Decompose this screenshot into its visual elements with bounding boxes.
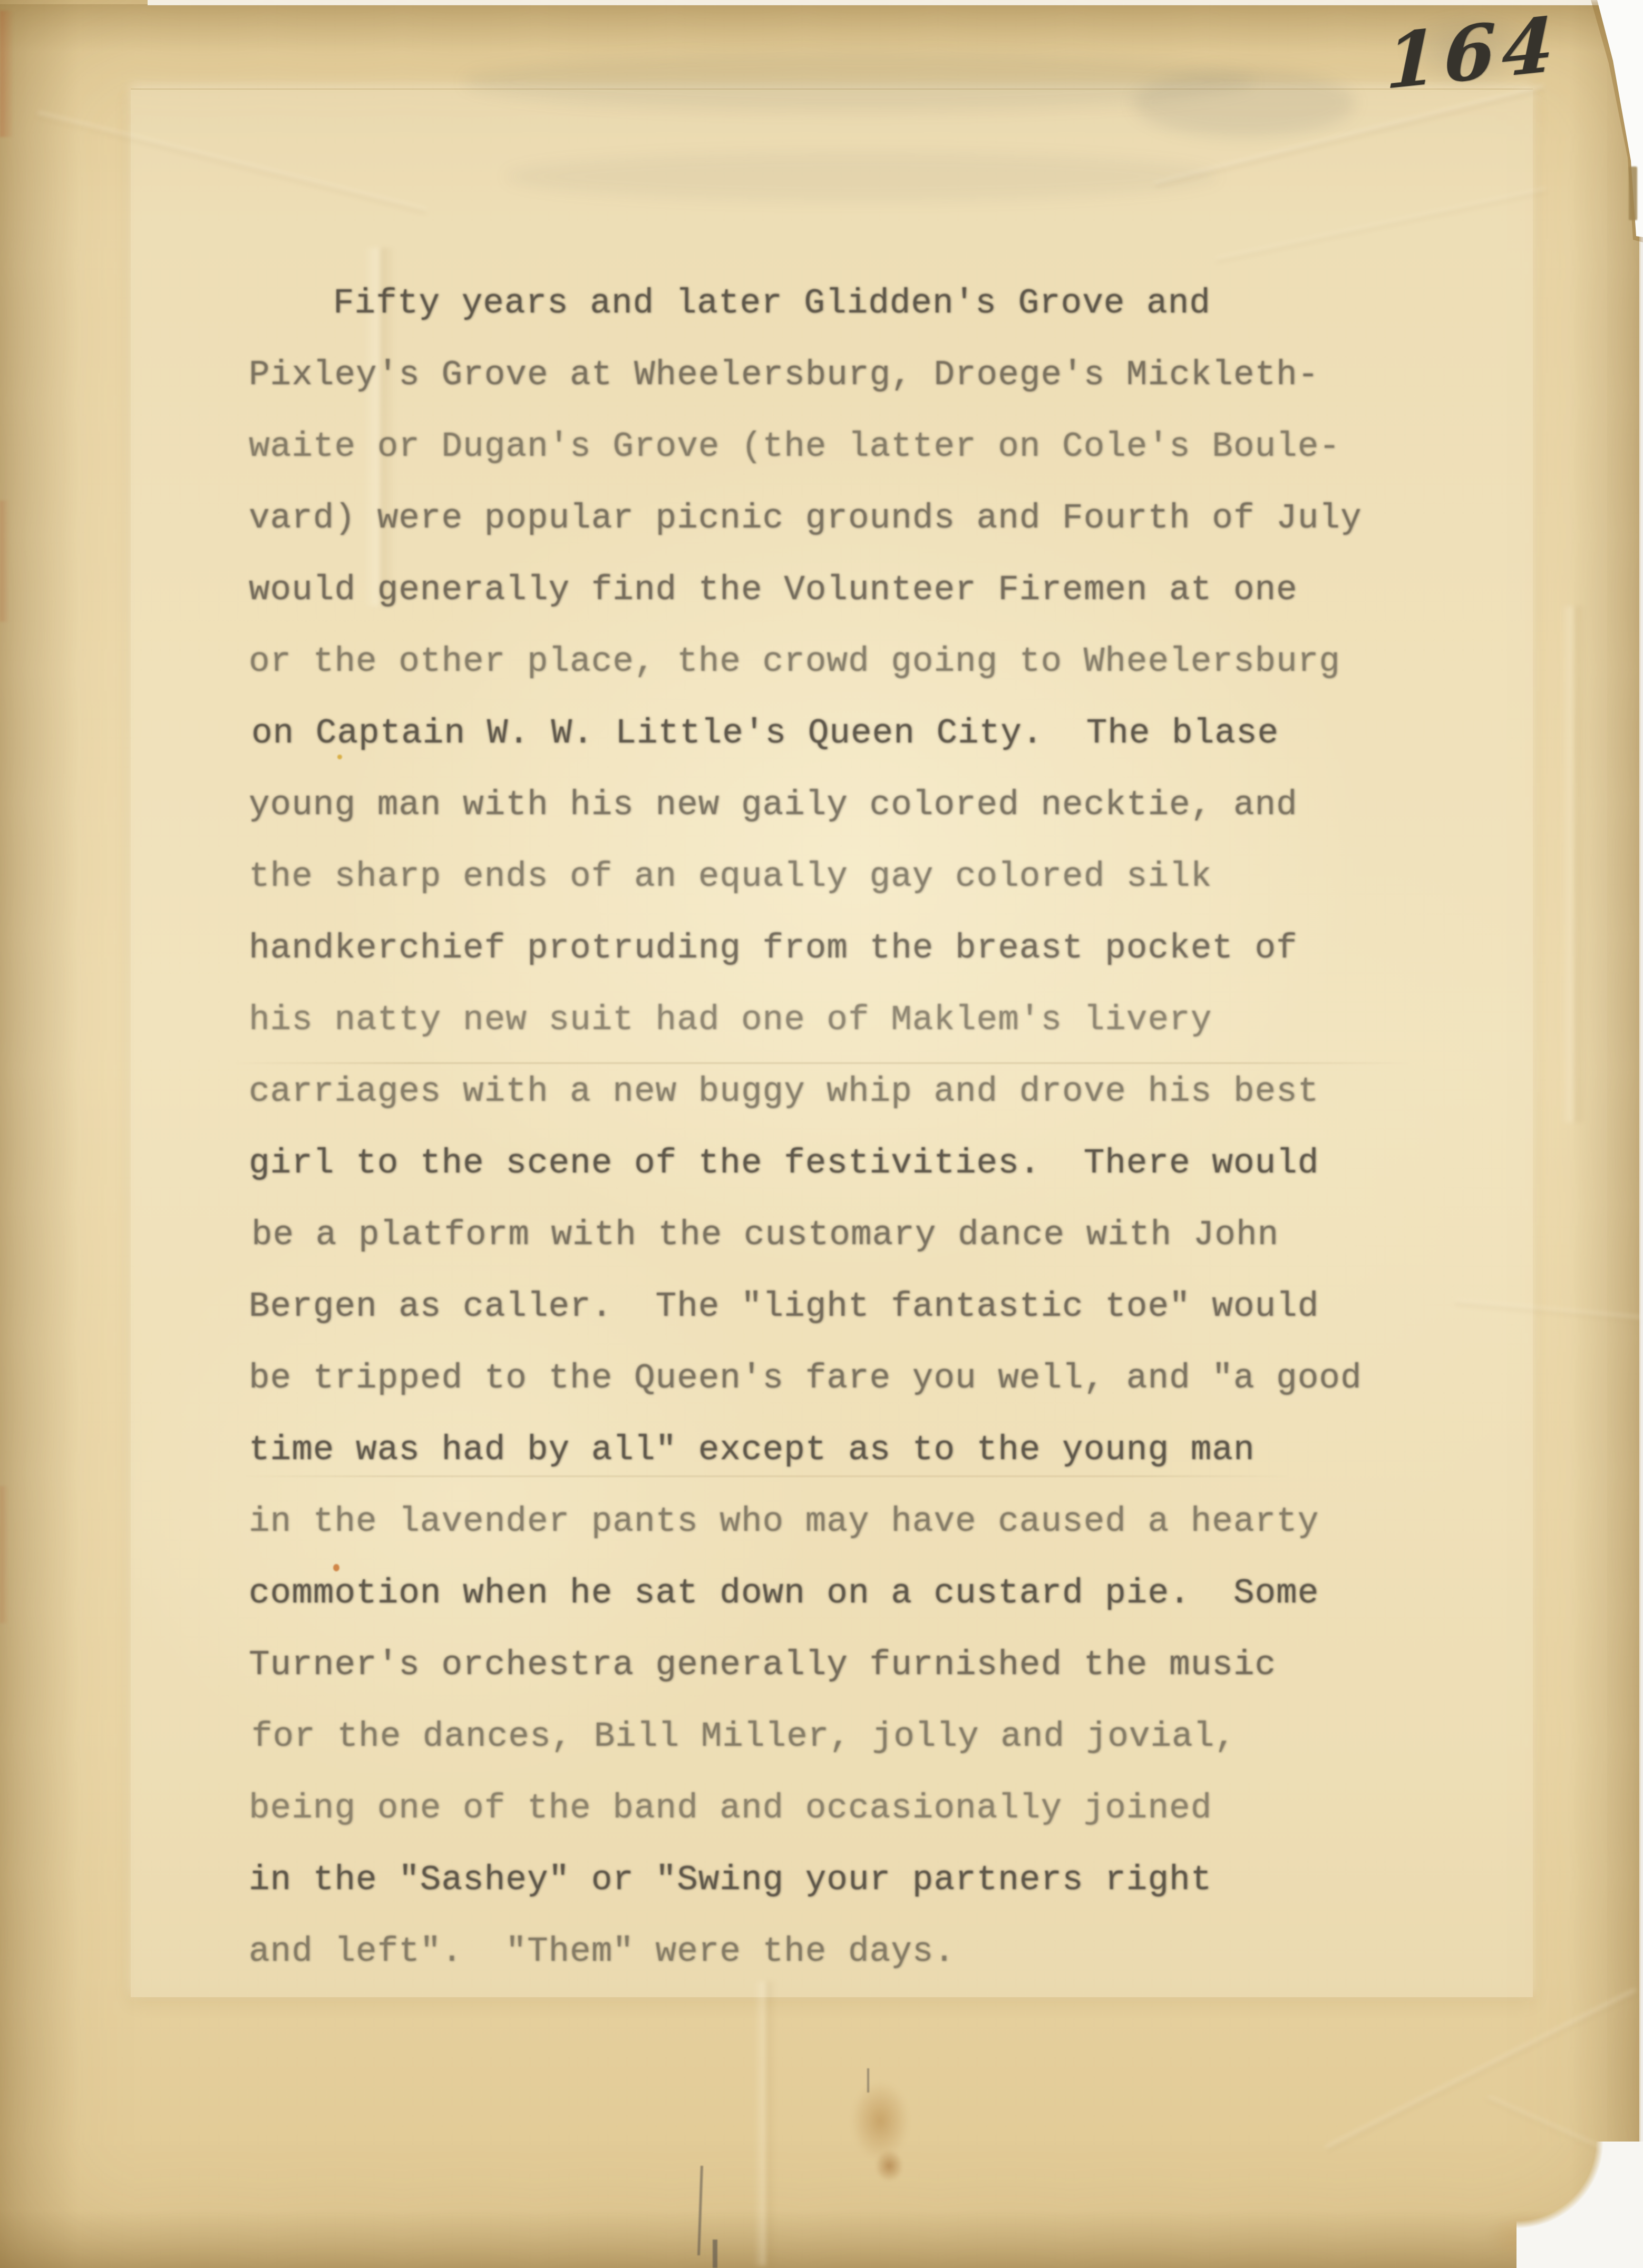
typewritten-line: and left". "Them" were the days.	[249, 1916, 1382, 1988]
ghost-smudge-corner	[1133, 69, 1355, 137]
ghost-smudge-top-2	[506, 153, 1218, 200]
typewritten-line: be a platform with the customary dance w…	[251, 1199, 1382, 1271]
left-edge-shading	[0, 0, 79, 2268]
brown-stain-drop	[875, 2150, 903, 2182]
typewritten-line: handkerchief protruding from the breast …	[249, 913, 1382, 984]
typewritten-line: Bergen as caller. The "light fantastic t…	[249, 1271, 1382, 1343]
typewritten-line: waite or Dugan's Grove (the latter on Co…	[249, 411, 1382, 483]
typewritten-line: Fifty years and later Glidden's Grove an…	[249, 268, 1382, 339]
scanner-edge-right	[1639, 211, 1643, 2161]
typewritten-text-block: Fifty years and later Glidden's Grove an…	[249, 268, 1382, 1988]
scanner-edge-top	[148, 0, 1602, 5]
typewritten-line: girl to the scene of the festivities. Th…	[249, 1128, 1382, 1199]
typewritten-line: in the "Sashey" or "Swing your partners …	[249, 1844, 1382, 1916]
typewritten-line: the sharp ends of an equally gay colored…	[249, 841, 1382, 913]
typewritten-line: vard) were popular picnic grounds and Fo…	[249, 483, 1382, 554]
typewritten-line: young man with his new gaily colored nec…	[249, 769, 1382, 841]
left-edge-residue-top	[0, 11, 14, 137]
left-edge-residue-lower	[0, 1486, 8, 1623]
torn-edge-backing-mark	[1629, 167, 1637, 220]
bottom-edge-shading	[0, 2210, 1643, 2268]
typewritten-line: Turner's orchestra generally furnished t…	[249, 1629, 1382, 1701]
typewritten-line: would generally find the Volunteer Firem…	[249, 554, 1382, 626]
left-edge-residue-mid	[0, 501, 9, 622]
typewritten-line: carriages with a new buggy whip and drov…	[249, 1056, 1382, 1128]
right-edge-shading	[1569, 0, 1643, 2268]
pencil-tick-above-stain	[867, 2068, 869, 2093]
typewritten-line: his natty new suit had one of Maklem's l…	[249, 984, 1382, 1056]
typewritten-line: time was had by all" except as to the yo…	[249, 1414, 1382, 1486]
typewritten-line: commotion when he sat down on a custard …	[249, 1558, 1382, 1629]
typewritten-line: being one of the band and occasionally j…	[249, 1773, 1382, 1844]
typewritten-line: or the other place, the crowd going to W…	[249, 626, 1382, 698]
typewritten-line: in the lavender pants who may have cause…	[249, 1486, 1382, 1558]
typewritten-line: for the dances, Bill Miller, jolly and j…	[251, 1701, 1382, 1773]
pencil-tick-bottom	[713, 2240, 717, 2268]
typewritten-line: be tripped to the Queen's fare you well,…	[249, 1343, 1382, 1414]
handwritten-page-number: 164	[1385, 0, 1561, 106]
scanned-page: Fifty years and later Glidden's Grove an…	[0, 0, 1643, 2268]
brown-stain	[851, 2081, 909, 2161]
typewritten-line: on Captain W. W. Little's Queen City. Th…	[251, 698, 1382, 769]
rounded-corner-bottom-right	[1516, 2142, 1643, 2268]
typewritten-line: Pixley's Grove at Wheelersburg, Droege's…	[249, 339, 1382, 411]
